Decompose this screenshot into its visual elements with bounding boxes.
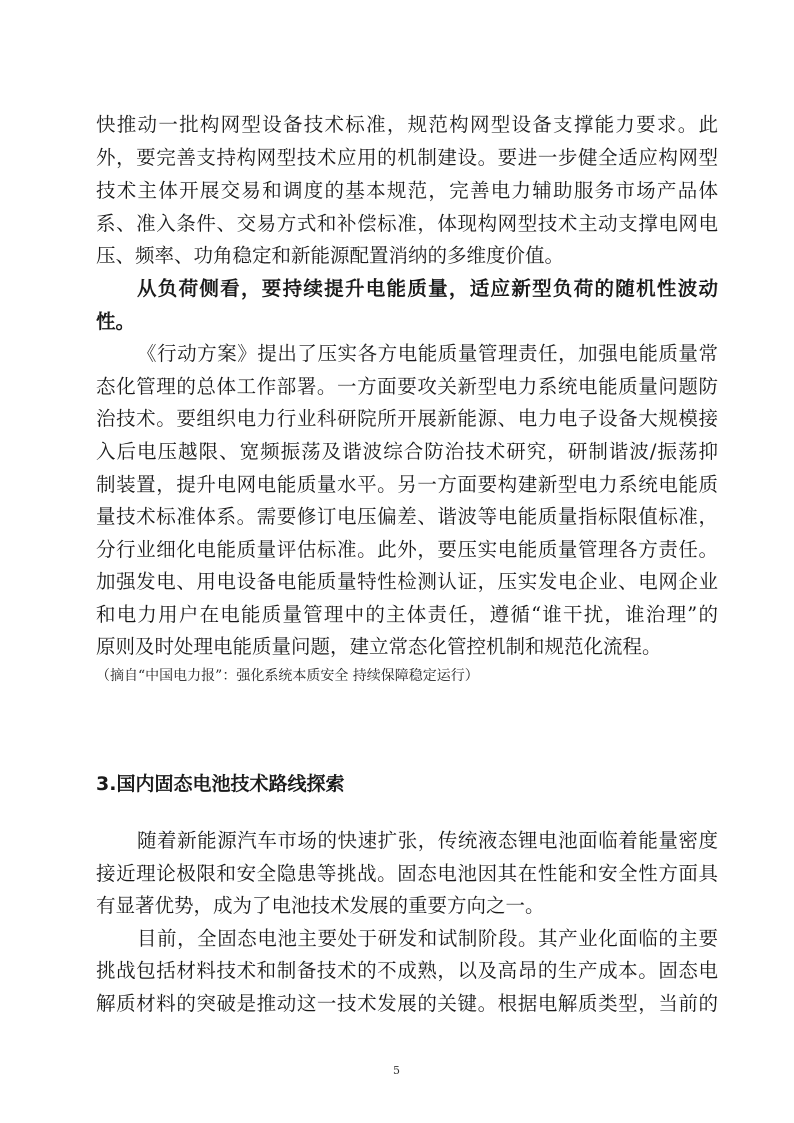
- document-page: 快推动一批构网型设备技术标准，规范构网型设备支撑能力要求。此 外，要完善支持构网…: [0, 0, 794, 1123]
- text-line: 目前，全固态电池主要处于研发和试制阶段。其产业化面临的主要: [137, 926, 718, 952]
- text-line: 外，要完善支持构网型技术应用的机制建设。要进一步健全适应构网型: [96, 145, 718, 171]
- source-citation: （摘自“中国电力报”：强化系统本质安全 持续保障稳定运行）: [96, 666, 479, 686]
- text-line: 有显著优势，成为了电池技术发展的重要方向之一。: [96, 893, 718, 919]
- text-line: 态化管理的总体工作部署。一方面要攻关新型电力系统电能质量问题防: [96, 374, 718, 400]
- text-line: 技术主体开展交易和调度的基本规范，完善电力辅助服务市场产品体: [96, 178, 718, 204]
- text-line: 接近理论极限和安全隐患等挑战。固态电池因其在性能和安全性方面具: [96, 861, 718, 887]
- text-line: 入后电压越限、宽频振荡及谐波综合防治技术研究，研制谐波/振荡抑: [96, 439, 718, 465]
- text-line: 量技术标准体系。需要修订电压偏差、谐波等电能质量指标限值标准，: [96, 504, 718, 530]
- text-line: 加强发电、用电设备电能质量特性检测认证，压实发电企业、电网企业: [96, 569, 718, 595]
- text-line: 随着新能源汽车市场的快速扩张，传统液态锂电池面临着能量密度: [137, 828, 718, 854]
- section-heading: 3.国内固态电池技术路线探索: [96, 771, 344, 797]
- text-line: 性。: [96, 309, 718, 335]
- text-line: 从负荷侧看，要持续提升电能质量，适应新型负荷的随机性波动: [137, 276, 718, 302]
- text-line: 制装置，提升电网电能质量水平。另一方面要构建新型电力系统电能质: [96, 472, 718, 498]
- page-number: 5: [393, 1064, 400, 1077]
- text-line: 解质材料的突破是推动这一技术发展的关键。根据电解质类型，当前的: [96, 991, 718, 1017]
- text-line: 分行业细化电能质量评估标准。此外，要压实电能质量管理各方责任。: [96, 537, 718, 563]
- text-line: 挑战包括材料技术和制备技术的不成熟，以及高昂的生产成本。固态电: [96, 958, 718, 984]
- text-line: 《行动方案》提出了压实各方电能质量管理责任，加强电能质量常: [137, 341, 718, 367]
- text-line: 系、准入条件、交易方式和补偿标准，体现构网型技术主动支撑电网电: [96, 211, 718, 237]
- text-line: 压、频率、功角稳定和新能源配置消纳的多维度价值。: [96, 243, 718, 269]
- text-line: 和电力用户在电能质量管理中的主体责任，遵循“谁干扰，谁治理”的: [96, 602, 718, 628]
- text-line: 治技术。要组织电力行业科研院所开展新能源、电力电子设备大规模接: [96, 406, 718, 432]
- text-line: 原则及时处理电能质量问题，建立常态化管控机制和规范化流程。: [96, 634, 718, 660]
- text-line: 快推动一批构网型设备技术标准，规范构网型设备支撑能力要求。此: [96, 112, 718, 138]
